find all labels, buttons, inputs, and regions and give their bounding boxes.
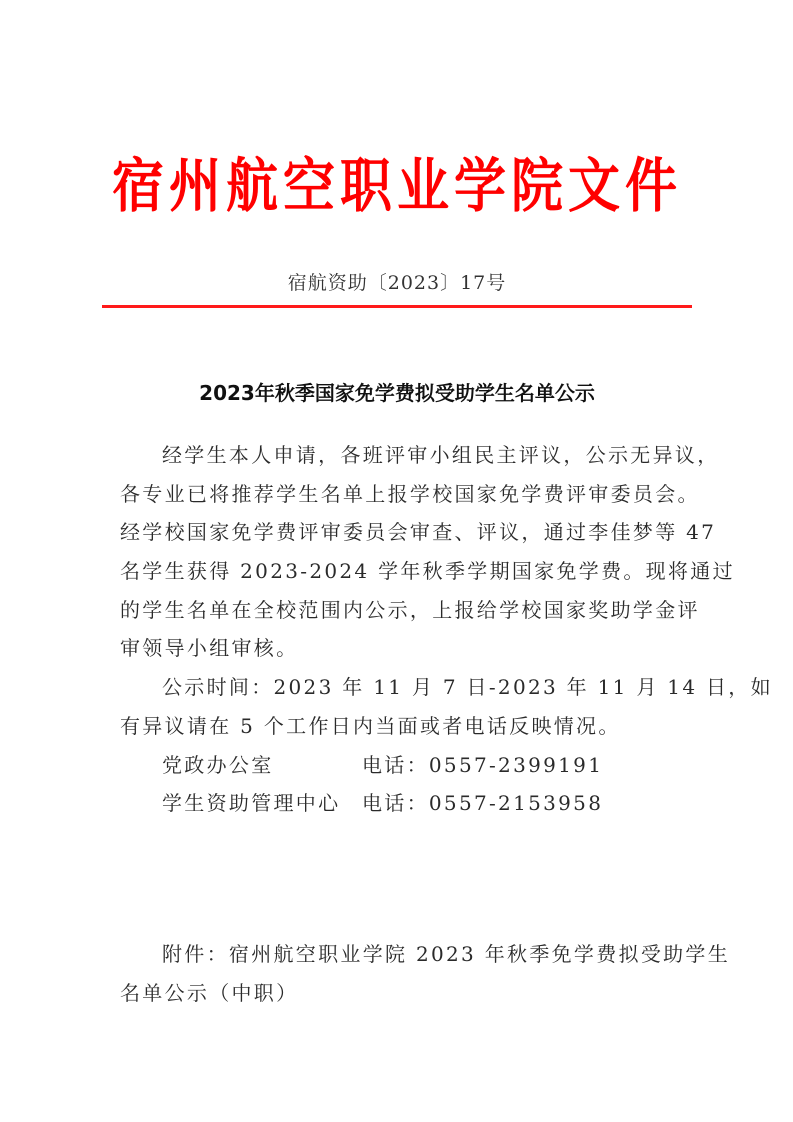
paragraph-1-line: 的学生名单在全校范围内公示，上报给学校国家奖助学金评 <box>120 591 680 630</box>
notice-title: 2023年秋季国家免学费拟受助学生名单公示 <box>102 378 692 408</box>
paragraph-2-line: 公示时间：2023 年 11 月 7 日-2023 年 11 月 14 日，如 <box>120 668 680 707</box>
attachment-line: 附件：宿州航空职业学院 2023 年秋季免学费拟受助学生 <box>120 935 680 974</box>
paragraph-1-line: 名学生获得 2023-2024 学年秋季学期国家免学费。现将通过 <box>120 552 680 591</box>
contact-department: 学生资助管理中心 <box>162 784 362 823</box>
paragraph-2-line: 有异议请在 5 个工作日内当面或者电话反映情况。 <box>120 707 680 746</box>
paragraph-1-line: 各专业已将推荐学生名单上报学校国家免学费评审委员会。 <box>120 475 680 514</box>
attachment-line: 名单公示（中职） <box>120 974 680 1013</box>
notice-body: 经学生本人申请，各班评审小组民主评议，公示无异议， 各专业已将推荐学生名单上报学… <box>120 436 680 823</box>
red-divider-line <box>102 305 692 308</box>
paragraph-1-line: 审领导小组审核。 <box>120 629 680 668</box>
paragraph-1-line: 经学校国家免学费评审委员会审查、评议，通过李佳梦等 47 <box>120 513 680 552</box>
contact-row-student-aid-center: 学生资助管理中心电话：0557-2153958 <box>120 784 680 823</box>
contact-phone: 电话：0557-2399191 <box>362 746 603 785</box>
paragraph-1-line: 经学生本人申请，各班评审小组民主评议，公示无异议， <box>120 436 680 475</box>
document-page: 宿州航空职业学院文件 宿航资助〔2023〕17号 2023年秋季国家免学费拟受助… <box>0 0 793 1122</box>
issuer-header-title: 宿州航空职业学院文件 <box>102 148 692 226</box>
attachment-note: 附件：宿州航空职业学院 2023 年秋季免学费拟受助学生 名单公示（中职） <box>120 935 680 1012</box>
contact-phone: 电话：0557-2153958 <box>362 784 603 823</box>
contact-department: 党政办公室 <box>162 746 362 785</box>
contact-row-party-office: 党政办公室电话：0557-2399191 <box>120 746 680 785</box>
document-number: 宿航资助〔2023〕17号 <box>102 270 692 296</box>
